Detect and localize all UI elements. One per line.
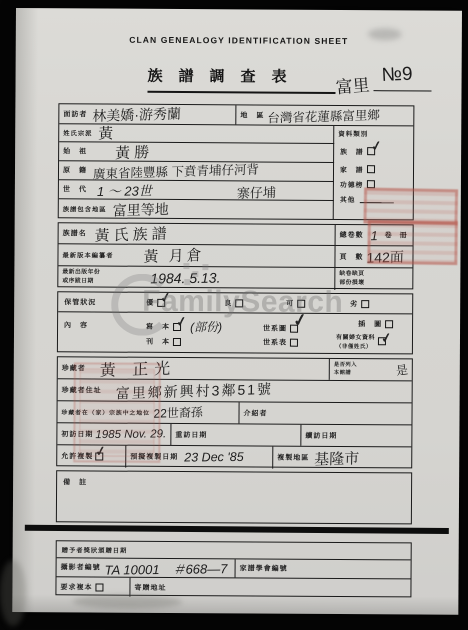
checkmark-icon: ✓ bbox=[292, 310, 309, 332]
condition-option: 劣 bbox=[350, 299, 369, 309]
section-book-info: 族譜名 黃氏族譜 總卷數 1 卷 冊 最新版本編纂者 黃 月倉 頁 數 142面 bbox=[57, 222, 413, 289]
coverage-value: 富里等地 bbox=[112, 198, 168, 220]
pages-label: 頁 數 bbox=[339, 251, 363, 261]
condition-label: 保管狀況 bbox=[64, 297, 96, 307]
origin-value: 廣東省陸豐縣 下賁青埔仔河背 bbox=[93, 160, 259, 183]
compiler-label: 最新版本編纂者 bbox=[62, 250, 113, 259]
ancestor-value: 黃 勝 bbox=[115, 141, 150, 163]
content-item-label: 刊 本 bbox=[146, 337, 170, 347]
checkbox-icon bbox=[385, 320, 393, 328]
checkbox-icon bbox=[297, 299, 305, 307]
condition-option-label: 良 bbox=[224, 298, 232, 308]
section-condition: 保管狀況 優✓ 良 可 劣 內 容 寫 本✓ (部份) 世系圖✓ bbox=[57, 291, 413, 354]
pubdate-label-line1: 最新出版年份 bbox=[62, 270, 100, 277]
checkbox-icon bbox=[361, 300, 369, 308]
revisit-label: 重訪日期 bbox=[175, 429, 207, 439]
listed-label-line1: 是否列入 bbox=[334, 362, 357, 369]
interviewer-label: 面訪者 bbox=[63, 109, 87, 119]
content-item-label: 世系表 bbox=[263, 338, 287, 348]
content-item-table: 世系表 bbox=[263, 338, 298, 348]
origin-extra-value: 寨仔埔 bbox=[237, 182, 276, 202]
condition-option: 優✓ bbox=[146, 294, 171, 310]
generations-value: 1 ～ 23世 bbox=[97, 180, 152, 200]
pubdate-label-line2: 或序跋日期 bbox=[62, 278, 100, 285]
content-item-print: 刊 本 bbox=[146, 337, 181, 347]
scan-smudge bbox=[368, 28, 402, 40]
region-value: 台灣省花蓮縣富里鄉 bbox=[267, 105, 380, 126]
book-name-value: 黃氏族譜 bbox=[94, 222, 170, 245]
copy-place-label: 複製地區 bbox=[277, 453, 309, 463]
section-filming: 贈予者獎狀頒贈日期 攝影者編號 TA 10001 ＃668—7 家譜學會編號 要… bbox=[55, 540, 411, 597]
watermark-pixel bbox=[183, 263, 189, 269]
condition-option-label: 可 bbox=[286, 298, 294, 308]
manuscript-note: (部份) bbox=[190, 318, 222, 335]
condition-option-label: 劣 bbox=[350, 299, 358, 309]
photographer-value: TA 10001 ＃668—7 bbox=[104, 558, 227, 578]
red-seal-inner-border bbox=[79, 368, 155, 456]
generations-label: 世 代 bbox=[63, 184, 87, 194]
region-label: 地 區 bbox=[240, 110, 264, 120]
missing-label-line1: 缺卷缺頁 bbox=[339, 271, 364, 278]
margin-texture bbox=[0, 560, 26, 626]
content-item-label: 世系圖 bbox=[263, 324, 287, 334]
copy-request-label: 要求複本 bbox=[60, 582, 92, 592]
separator-bar bbox=[25, 525, 449, 534]
award-date-label: 贈予者獎狀頒贈日期 bbox=[62, 545, 128, 554]
introducer-label: 介紹者 bbox=[244, 408, 268, 418]
section-remarks: 備 註 bbox=[56, 470, 412, 524]
category-item-label: 其他 bbox=[340, 194, 356, 204]
compiler-value: 黃 月倉 bbox=[143, 244, 205, 267]
content-item-label: 插 圖 bbox=[358, 319, 382, 329]
content-item-label: 寫 本 bbox=[146, 321, 170, 331]
place-annotation: 富里 bbox=[335, 71, 371, 99]
content-item-manuscript: 寫 本✓ (部份) bbox=[146, 318, 222, 335]
photographer-label: 攝影者編號 bbox=[61, 562, 101, 572]
category-item: 家 譜 bbox=[340, 164, 413, 174]
society-number-label: 家譜學會編號 bbox=[240, 563, 288, 573]
category-item-label: 功德榜 bbox=[340, 179, 363, 189]
checkbox-icon bbox=[235, 299, 243, 307]
coverage-label: 族譜包含地區 bbox=[63, 204, 107, 213]
form-title: 族譜調查表 bbox=[147, 65, 335, 94]
scanned-form-page: CLAN GENEALOGY IDENTIFICATION SHEET 族譜調查… bbox=[12, 8, 462, 615]
followup-label: 續訪日期 bbox=[305, 430, 337, 440]
listed-label: 是否列入 本館譜 bbox=[334, 362, 357, 376]
watermark-pixel bbox=[184, 279, 190, 285]
mail-address-label: 寄贈地址 bbox=[134, 582, 166, 592]
red-seal-lower bbox=[367, 220, 458, 265]
category-item: 族 譜 ✓ bbox=[340, 143, 413, 159]
missing-label-line2: 部份損壞 bbox=[339, 279, 364, 286]
content-label: 內 容 bbox=[64, 320, 88, 330]
origin-label: 原 籍 bbox=[63, 165, 87, 175]
pubdate-label: 最新出版年份 或序跋日期 bbox=[62, 270, 100, 286]
ancestor-label: 始 祖 bbox=[63, 146, 87, 156]
checkmark-icon: ✓ bbox=[370, 137, 383, 155]
surname-label: 姓氏宗派 bbox=[63, 128, 92, 137]
watermark-pixel bbox=[192, 271, 198, 277]
content-item-illustration: 插 圖 bbox=[358, 319, 393, 329]
annotation-underline bbox=[373, 90, 431, 91]
content-item-label: 有關婦女資料 bbox=[336, 335, 375, 343]
missing-label: 缺卷缺頁 部份損壞 bbox=[339, 271, 364, 287]
copy-date-value: 23 Dec '85 bbox=[184, 450, 244, 465]
number-annotation: №9 bbox=[381, 64, 413, 87]
checkbox-icon bbox=[290, 339, 298, 347]
checkbox-icon bbox=[367, 165, 375, 173]
listed-value: 是 bbox=[395, 361, 409, 379]
content-item-chart: 世系圖✓ bbox=[263, 319, 307, 339]
checkmark-icon: ✓ bbox=[380, 329, 393, 347]
surname-value: 黃 bbox=[98, 122, 114, 143]
content-item-women: 有關婦女資料 （非僅姓氏） ✓ bbox=[336, 335, 392, 351]
checkbox-icon bbox=[173, 338, 181, 346]
checkmark-icon: ✓ bbox=[159, 289, 172, 307]
category-item-label: 族 譜 bbox=[340, 146, 363, 156]
volumes-label: 總卷數 bbox=[340, 230, 364, 240]
source-left-rows: 姓氏宗派 黃 始 祖 黃 勝 原 籍 廣東省陸豐縣 下賁青埔仔河背 世 代 bbox=[59, 124, 335, 219]
condition-option-label: 優 bbox=[146, 297, 154, 307]
category-label: 資料類別 bbox=[338, 129, 413, 138]
position-value: 22世裔孫 bbox=[154, 403, 204, 421]
checkbox-icon bbox=[95, 583, 103, 591]
remarks-label: 備 註 bbox=[63, 477, 87, 487]
section-source-info: 面訪者 林美嬌·游秀蘭 地 區 台灣省花蓮縣富里鄉 姓氏宗派 黃 始 祖 黃 勝 bbox=[58, 103, 415, 220]
watermark-pixel bbox=[202, 264, 208, 270]
listed-label-line2: 本館譜 bbox=[334, 370, 357, 377]
condition-option: 良 bbox=[224, 298, 243, 308]
checkmark-icon: ✓ bbox=[175, 313, 188, 331]
condition-option: 可 bbox=[286, 298, 305, 308]
copy-place-value: 基隆市 bbox=[314, 447, 359, 469]
book-name-label: 族譜名 bbox=[63, 228, 87, 238]
category-item-label: 家 譜 bbox=[340, 164, 363, 174]
red-seal-faint bbox=[73, 362, 161, 463]
content-item-sublabel: （非僅姓氏） bbox=[336, 343, 375, 350]
bottom-shadow bbox=[12, 594, 458, 615]
